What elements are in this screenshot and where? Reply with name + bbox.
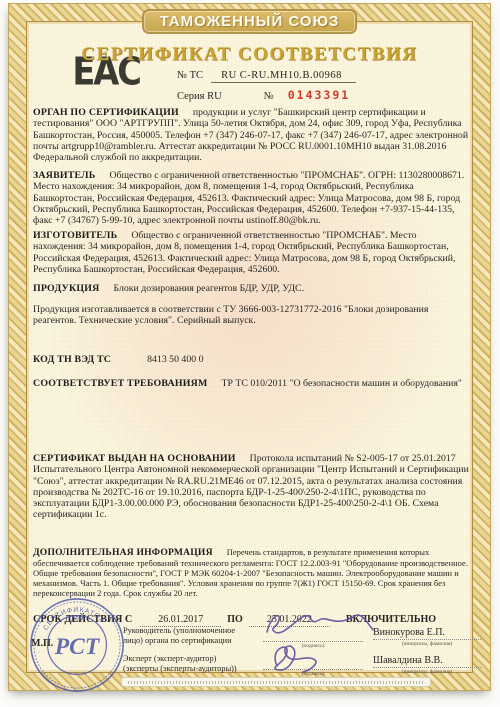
signatory-name: Шавалдина В.В. — [373, 655, 481, 668]
section-text: Блоки дозирования реагентов БДР, УДР, УД… — [113, 283, 304, 294]
signature-row-expert: Эксперт (эксперт-аудитор) (эксперты (экс… — [123, 652, 475, 679]
series-line: Серия RU№0143391 — [177, 88, 350, 102]
certificate-sheet: ТАМОЖЕННЫЙ СОЮЗ EAC СЕРТИФИКАТ СООТВЕТСТ… — [8, 3, 491, 691]
signatory-role-label: Руководитель (уполномоченное лицо) орган… — [123, 626, 273, 645]
section-certification-body: ОРГАН ПО СЕРТИФИКАЦИИпродукции и услуг "… — [33, 107, 470, 163]
signature-caption: (подпись) — [263, 643, 363, 649]
tnved-code-value: 8413 50 400 0 — [147, 354, 203, 365]
section-conforms: СООТВЕТСТВУЕТ ТРЕБОВАНИЯМТР ТС 010/2011 … — [33, 378, 470, 389]
section-heading: КОД ТН ВЭД ТС — [33, 354, 111, 365]
certificate-number-line: № ТСRU C-RU.MH10.B.00968 — [177, 70, 356, 81]
section-text: Продукция изготавливается в соответствии… — [33, 304, 428, 326]
signature-line — [263, 669, 363, 670]
name-caption: (инициалы, фамилия) — [373, 641, 481, 647]
printer-microtext-strip — [121, 677, 431, 687]
series-serial-number: 0143391 — [288, 88, 350, 102]
section-heading: ЗАЯВИТЕЛЬ — [33, 170, 95, 181]
section-heading: ОРГАН ПО СЕРТИФИКАЦИИ — [33, 107, 179, 118]
signature-line — [263, 641, 363, 642]
signatory-name: Винокурова Е.П. — [373, 627, 481, 640]
section-text: ТР ТС 010/2011 "О безопасности машин и о… — [222, 378, 462, 389]
series-label: Серия RU — [177, 91, 222, 102]
certificate-title: СЕРТИФИКАТ СООТВЕТСТВИЯ — [9, 44, 490, 66]
signatory-role-label: Эксперт (эксперт-аудитор) (эксперты (экс… — [123, 654, 273, 673]
section-applicant: ЗАЯВИТЕЛЬОбщество с ограниченной ответст… — [33, 170, 470, 226]
series-no-label: № — [264, 91, 274, 102]
section-text: Общество с ограниченной ответственностью… — [33, 170, 464, 226]
section-heading: ДОПОЛНИТЕЛЬНАЯ ИНФОРМАЦИЯ — [33, 547, 213, 558]
section-tnved-code: КОД ТН ВЭД ТС8413 50 400 0 — [33, 354, 470, 365]
stamp-center-logo: РСТ — [54, 634, 101, 660]
section-heading: ПРОДУКЦИЯ — [33, 283, 99, 294]
stamp-top-text: ДЛЯ — [71, 617, 83, 623]
section-production-note: Продукция изготавливается в соответствии… — [33, 304, 470, 327]
section-heading: СООТВЕТСТВУЕТ ТРЕБОВАНИЯМ — [33, 378, 208, 389]
section-production: ПРОДУКЦИЯБлоки дозирования реагентов БДР… — [33, 283, 470, 294]
number-value: RU C-RU.MH10.B.00968 — [211, 70, 356, 83]
number-label: № ТС — [177, 70, 203, 81]
section-heading: СЕРТИФИКАТ ВЫДАН НА ОСНОВАНИИ — [33, 453, 236, 464]
section-manufacturer: ИЗГОТОВИТЕЛЬОбщество с ограниченной отве… — [33, 230, 470, 275]
signature-row-head: Руководитель (уполномоченное лицо) орган… — [123, 624, 475, 651]
section-issue-basis: СЕРТИФИКАТ ВЫДАН НА ОСНОВАНИИПротокола и… — [33, 453, 470, 521]
section-additional-info: ДОПОЛНИТЕЛЬНАЯ ИНФОРМАЦИЯПеречень станда… — [33, 547, 470, 598]
customs-union-badge: ТАМОЖЕННЫЙ СОЮЗ — [142, 9, 358, 34]
section-heading: ИЗГОТОВИТЕЛЬ — [33, 230, 117, 241]
certification-stamp-icon: СЕРТИФИКАТОВ ДЛЯ РСТ — [28, 596, 126, 694]
name-caption: (инициалы, фамилия) — [373, 669, 481, 675]
